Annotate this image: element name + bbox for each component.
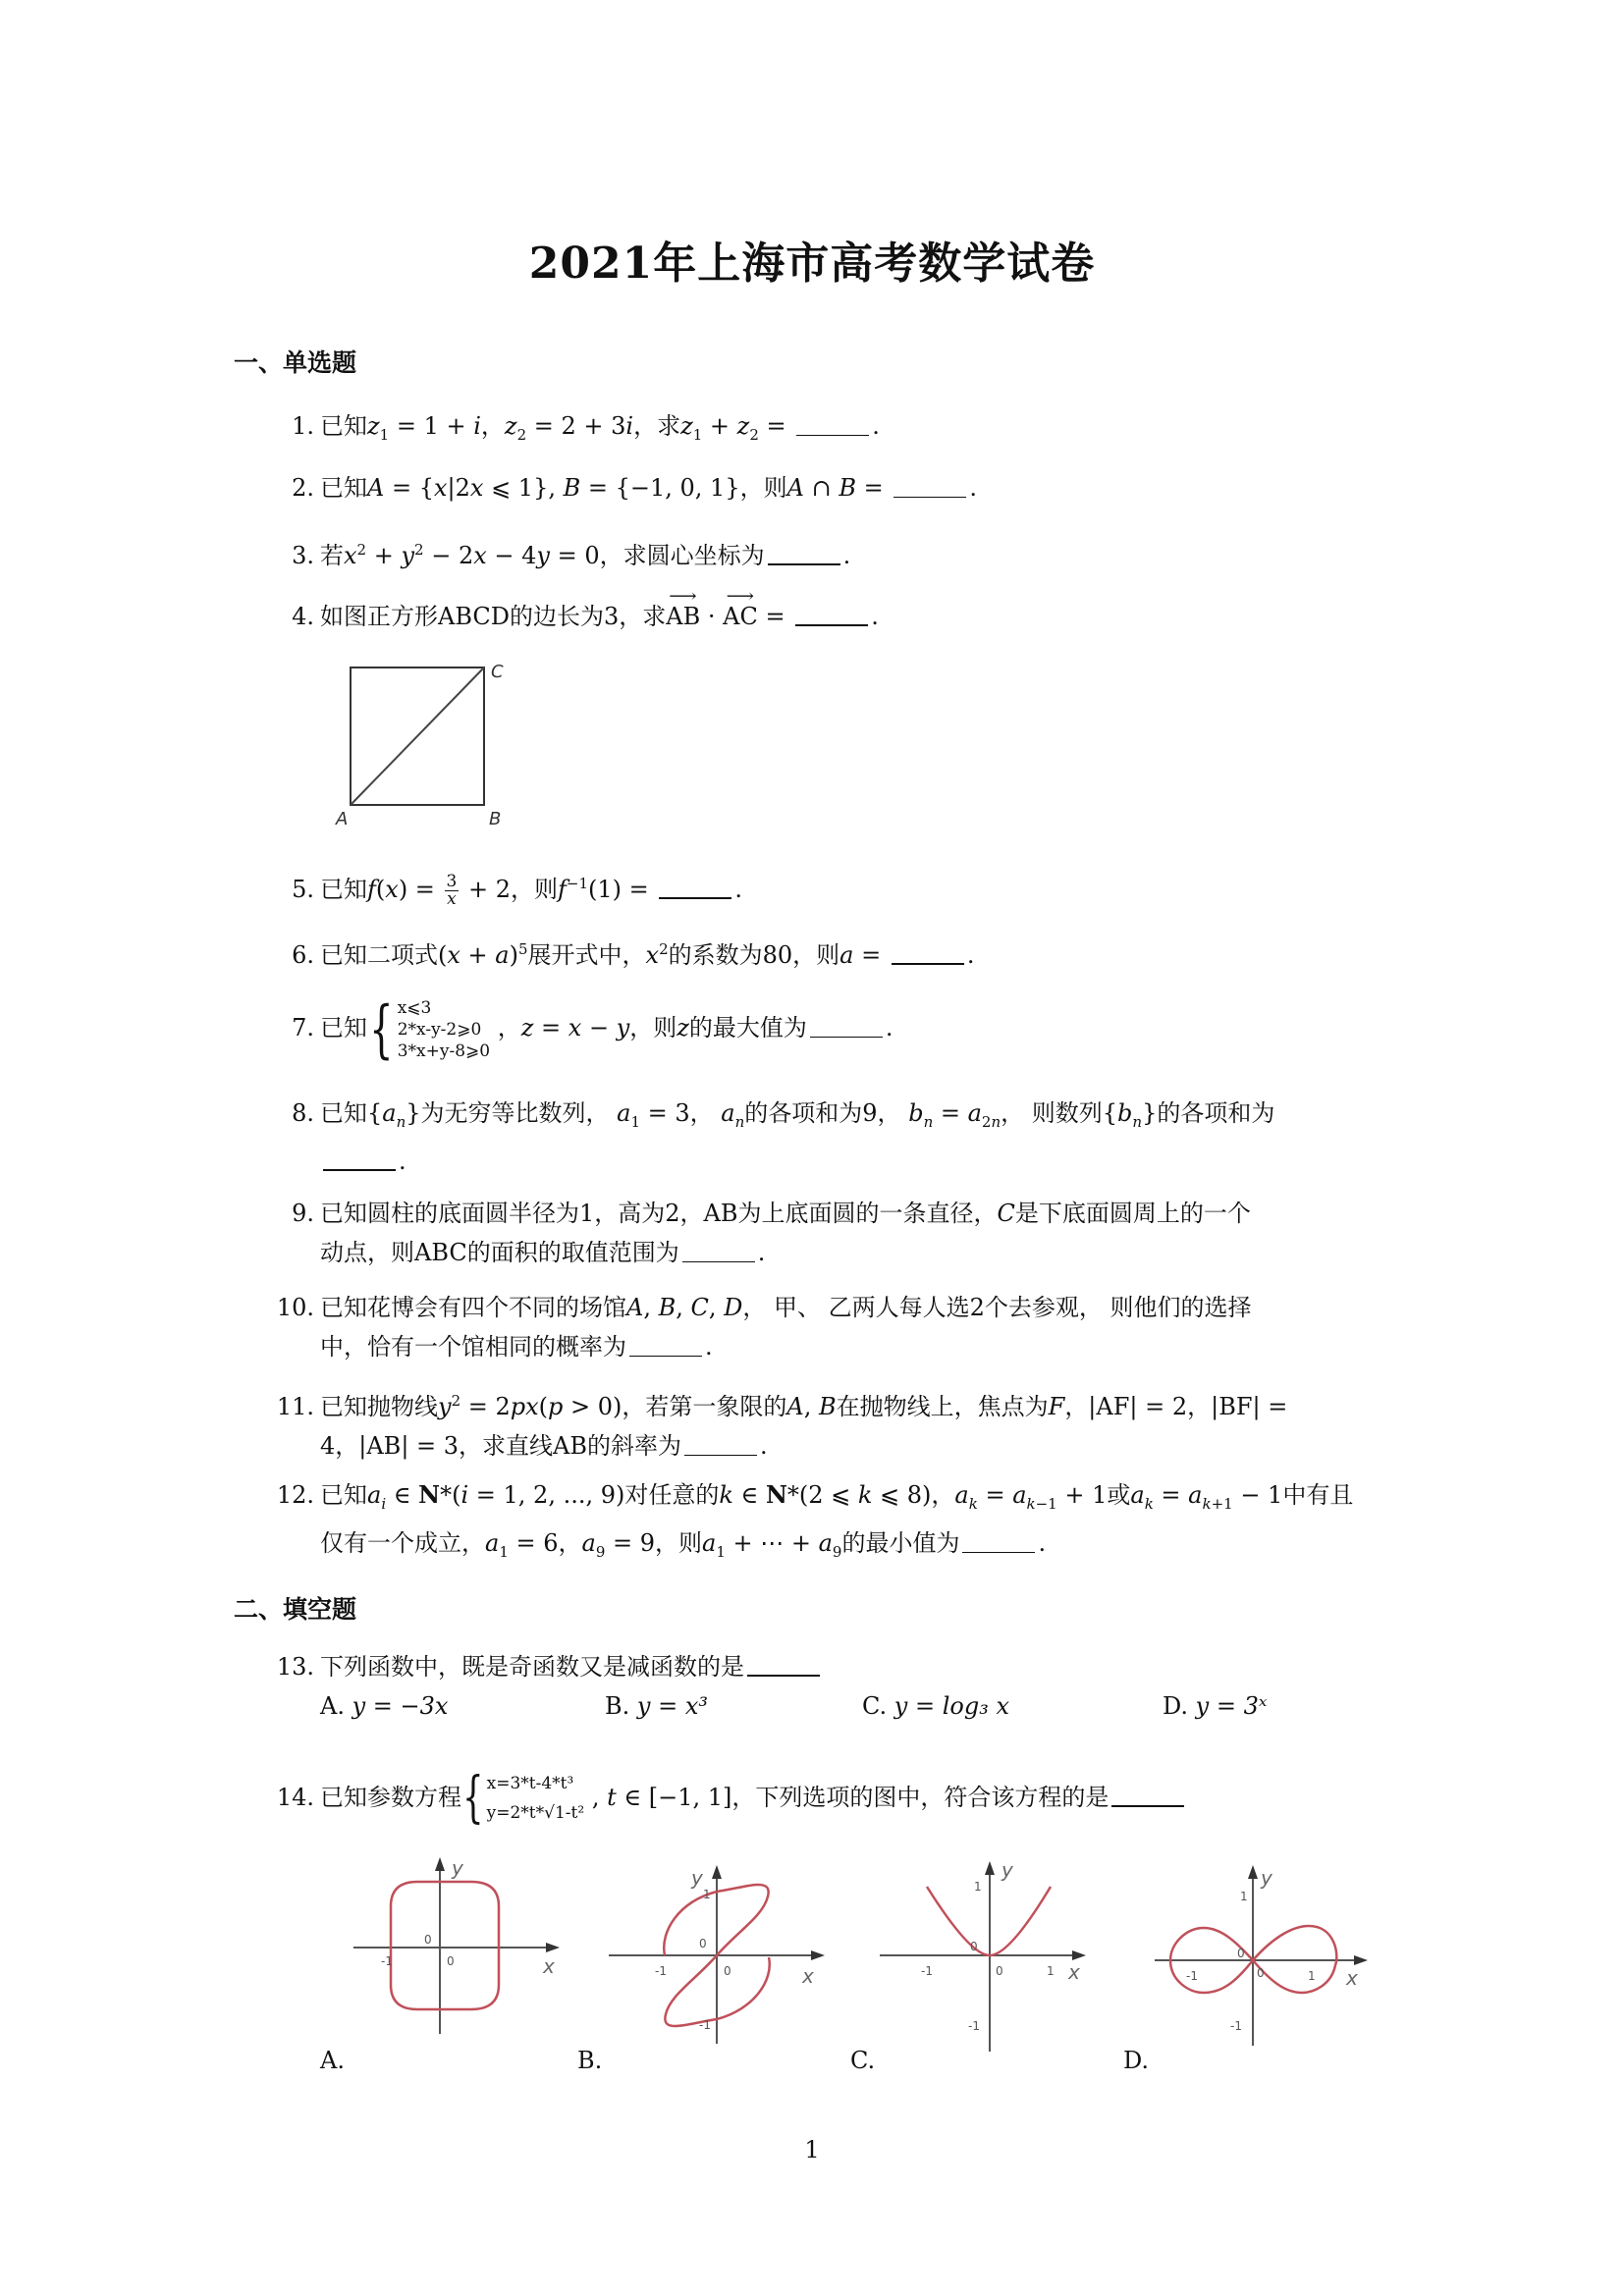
- svg-text:1: 1: [1047, 1964, 1055, 1978]
- question-number: 11.: [263, 1387, 314, 1426]
- svg-text:y: y: [1001, 1858, 1014, 1882]
- svg-text:1: 1: [974, 1880, 982, 1894]
- answer-blank[interactable]: [892, 962, 964, 965]
- svg-text:x: x: [801, 1964, 814, 1988]
- question-text: 已知{x⩽32*x-y-2⩾03*x+y-8⩾0 ，z = x − y，则z的最…: [320, 1014, 893, 1041]
- answer-blank[interactable]: [682, 1260, 755, 1262]
- answer-blank[interactable]: [629, 1355, 702, 1357]
- question-text: 已知抛物线y2 = 2px(p > 0)，若第一象限的A, B在抛物线上，焦点为…: [320, 1393, 1287, 1420]
- graph-option-a[interactable]: y x 0 -1 0: [344, 1847, 569, 2054]
- svg-text:0: 0: [699, 1937, 707, 1950]
- question-number: 5.: [263, 870, 314, 909]
- question-number: 8.: [263, 1094, 314, 1133]
- document-title: 2021年上海市高考数学试卷: [0, 228, 1624, 291]
- question-text: 已知二项式(x + a)5展开式中，x2的系数为80，则a = .: [320, 941, 975, 969]
- vertex-label-b: B: [489, 809, 501, 829]
- question-number: 13.: [263, 1647, 314, 1686]
- inequality-system: {x⩽32*x-y-2⩾03*x+y-8⩾0: [367, 997, 490, 1062]
- question-2: 2.已知A = {x|2x ⩽ 1}, B = {−1, 0, 1}，则A ∩ …: [263, 468, 1402, 507]
- question-4: 4.如图正方形ABCD的边长为3，求AB · AC = .: [263, 597, 1402, 636]
- svg-text:-1: -1: [381, 1954, 393, 1968]
- answer-blank[interactable]: [659, 896, 731, 899]
- question-text: 如图正方形ABCD的边长为3，求AB · AC = .: [320, 603, 879, 630]
- svg-text:-1: -1: [699, 2018, 711, 2032]
- question-number: 7.: [263, 993, 314, 1062]
- question-text: 已知z1 = 1 + i，z2 = 2 + 3i，求z1 + z2 = .: [320, 412, 880, 440]
- question-number: 3.: [263, 536, 314, 575]
- question-1: 1.已知z1 = 1 + i，z2 = 2 + 3i，求z1 + z2 = .: [263, 406, 1402, 454]
- question-number: 10.: [263, 1288, 314, 1327]
- question-number: 4.: [263, 597, 314, 636]
- question-number: 9.: [263, 1194, 314, 1233]
- option-c[interactable]: C. y = log₃ x: [862, 1692, 1009, 1720]
- question-5: 5.已知f(x) = 3x + 2，则f−1(1) = .: [263, 864, 1402, 909]
- svg-text:0: 0: [1257, 1966, 1265, 1980]
- page-number: 1: [0, 2136, 1624, 2163]
- svg-text:0: 0: [424, 1933, 432, 1947]
- option-b[interactable]: B. y = x³: [605, 1692, 708, 1720]
- svg-text:-1: -1: [1230, 2019, 1242, 2033]
- answer-blank[interactable]: [747, 1674, 820, 1677]
- square-diagram: A B C: [334, 656, 530, 832]
- section-heading-fill-blank: 二、填空题: [234, 1590, 356, 1626]
- svg-text:0: 0: [970, 1940, 978, 1953]
- question-14: 14.已知参数方程{x=3*t-4*t³y=2*t*√1-t² , t ∈ [−…: [263, 1767, 1402, 1830]
- svg-text:-1: -1: [655, 1964, 667, 1978]
- svg-text:-1: -1: [1186, 1969, 1198, 1983]
- question-7: 7.已知{x⩽32*x-y-2⩾03*x+y-8⩾0 ，z = x − y，则z…: [263, 993, 1402, 1062]
- parametric-system: {x=3*t-4*t³y=2*t*√1-t²: [461, 1767, 584, 1830]
- answer-blank[interactable]: [1111, 1804, 1184, 1807]
- graph-label-a: A.: [320, 2047, 345, 2074]
- svg-text:0: 0: [447, 1954, 455, 1968]
- answer-blank[interactable]: [796, 434, 869, 436]
- question-6: 6.已知二项式(x + a)5展开式中，x2的系数为80，则a = .: [263, 930, 1402, 975]
- svg-text:-1: -1: [968, 2019, 980, 2033]
- question-text: 已知{an}为无穷等比数列， a1 = 3， an的各项和为9， bn = a2…: [320, 1099, 1274, 1127]
- answer-blank[interactable]: [323, 1168, 396, 1171]
- option-d[interactable]: D. y = 3ˣ: [1163, 1692, 1267, 1720]
- question-number: 12.: [263, 1475, 314, 1515]
- answer-blank[interactable]: [684, 1454, 757, 1456]
- graph-label-d: D.: [1123, 2047, 1149, 2074]
- graph-option-d[interactable]: y x 0 0 -1 1 1 -1: [1147, 1847, 1373, 2054]
- graph-label-c: C.: [850, 2047, 875, 2074]
- question-text: 已知圆柱的底面圆半径为1，高为2，AB为上底面圆的一条直径，C是下底面圆周上的一…: [320, 1200, 1251, 1227]
- question-text: 已知参数方程{x=3*t-4*t³y=2*t*√1-t² , t ∈ [−1, …: [320, 1784, 1187, 1811]
- vertex-label-a: A: [335, 809, 348, 829]
- answer-blank[interactable]: [795, 623, 868, 626]
- question-number: 2.: [263, 468, 314, 507]
- graph-label-b: B.: [577, 2047, 602, 2074]
- option-a[interactable]: A. y = −3x: [320, 1692, 448, 1720]
- svg-text:y: y: [451, 1856, 464, 1880]
- question-10: 10.已知花博会有四个不同的场馆A, B, C, D， 甲、 乙两人每人选2个去…: [263, 1288, 1402, 1366]
- question-text: 已知f(x) = 3x + 2，则f−1(1) = .: [320, 876, 742, 903]
- question-text: 已知A = {x|2x ⩽ 1}, B = {−1, 0, 1}，则A ∩ B …: [320, 474, 977, 502]
- svg-text:x: x: [1067, 1960, 1080, 1984]
- svg-text:1: 1: [703, 1888, 711, 1901]
- question-number: 6.: [263, 935, 314, 975]
- question-text: 已知花博会有四个不同的场馆A, B, C, D， 甲、 乙两人每人选2个去参观，…: [320, 1294, 1252, 1321]
- svg-text:0: 0: [724, 1964, 731, 1978]
- question-8: 8.已知{an}为无穷等比数列， a1 = 3， an的各项和为9， bn = …: [263, 1094, 1402, 1181]
- answer-blank[interactable]: [768, 562, 840, 565]
- svg-text:-1: -1: [921, 1964, 933, 1978]
- section-heading-single-choice: 一、单选题: [234, 344, 356, 379]
- svg-text:x: x: [542, 1954, 555, 1978]
- svg-text:x: x: [1345, 1966, 1358, 1990]
- svg-text:y: y: [1260, 1866, 1273, 1890]
- question-11: 11.已知抛物线y2 = 2px(p > 0)，若第一象限的A, B在抛物线上，…: [263, 1381, 1402, 1466]
- question-number: 14.: [263, 1768, 314, 1827]
- svg-text:0: 0: [996, 1964, 1003, 1978]
- question-12: 12.已知ai ∈ N*(i = 1, 2, ..., 9)对任意的k ∈ N*…: [263, 1475, 1402, 1572]
- svg-text:1: 1: [1308, 1969, 1316, 1983]
- question-9: 9.已知圆柱的底面圆半径为1，高为2，AB为上底面圆的一条直径，C是下底面圆周上…: [263, 1194, 1402, 1272]
- question-text: 下列函数中，既是奇函数又是减函数的是: [320, 1653, 823, 1681]
- answer-blank[interactable]: [810, 1036, 883, 1038]
- answer-blank[interactable]: [893, 496, 966, 498]
- question-3: 3.若x2 + y2 − 2x − 4y = 0，求圆心坐标为.: [263, 530, 1402, 575]
- svg-text:y: y: [690, 1866, 704, 1890]
- question-number: 1.: [263, 406, 314, 446]
- graph-option-c[interactable]: y x 0 -1 0 1 1 -1: [872, 1847, 1098, 2054]
- svg-text:0: 0: [1237, 1947, 1245, 1960]
- vertex-label-c: C: [491, 662, 504, 682]
- question-text: 已知ai ∈ N*(i = 1, 2, ..., 9)对任意的k ∈ N*(2 …: [320, 1481, 1353, 1509]
- answer-blank[interactable]: [962, 1551, 1035, 1553]
- graph-option-b[interactable]: y x 0 -1 0 1 -1: [601, 1847, 827, 2054]
- question-13: 13.下列函数中，既是奇函数又是减函数的是: [263, 1647, 1402, 1686]
- svg-text:1: 1: [1240, 1890, 1248, 1903]
- question-text: 若x2 + y2 − 2x − 4y = 0，求圆心坐标为.: [320, 542, 850, 569]
